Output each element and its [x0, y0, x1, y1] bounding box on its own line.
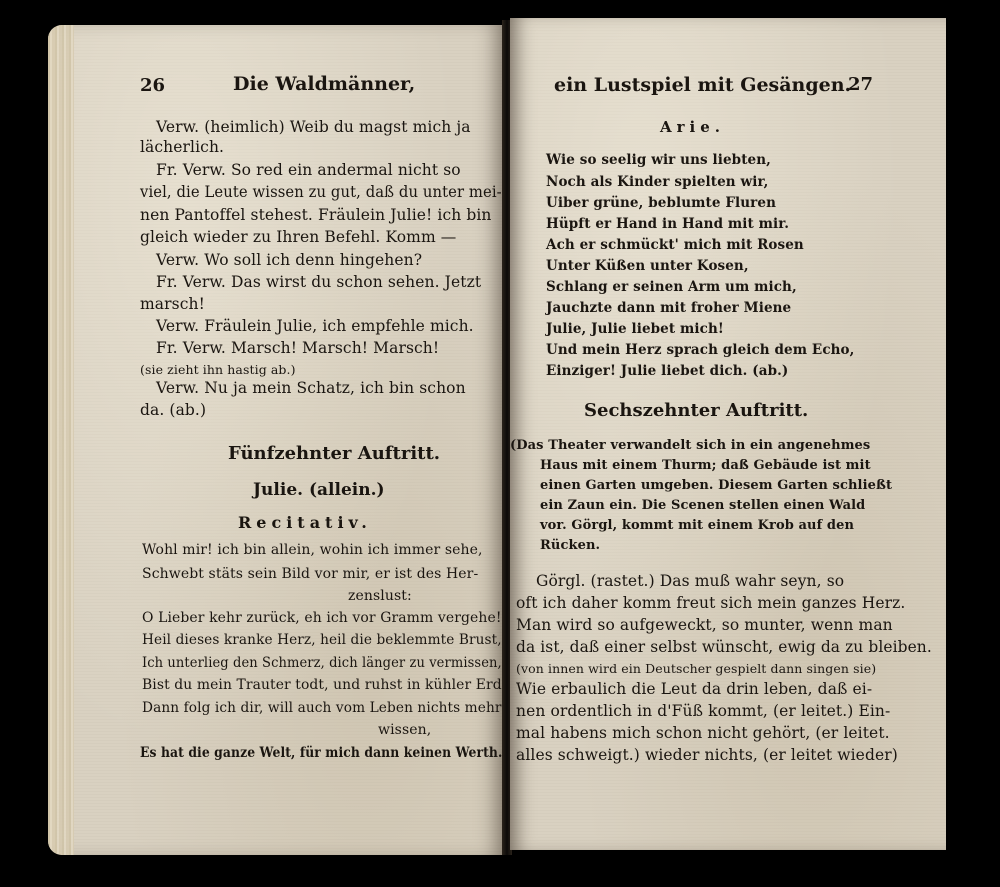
- text-line: Fr. Verw. So red ein andermal nicht so: [156, 160, 461, 180]
- verse-line: Wie so seelig wir uns liebten,: [546, 150, 771, 170]
- verse-line: Unter Küßen unter Kosen,: [546, 256, 749, 276]
- verse-line: Bist du mein Trauter todt, und ruhst in …: [142, 675, 502, 695]
- dialogue-line: mal habens mich schon nicht gehört, (er …: [516, 723, 890, 743]
- stage-direction-line: Haus mit einem Thurm; daß Gebäude ist mi…: [540, 456, 871, 476]
- stage-direction: (sie zieht ihn hastig ab.): [140, 360, 296, 380]
- verse-line: O Lieber kehr zurück, eh ich vor Gramm v…: [142, 608, 502, 628]
- verse-line: Ach er schmückt' mich mit Rosen: [546, 235, 804, 255]
- section-label: Arie.: [660, 118, 725, 136]
- verse-line: zenslust:: [348, 586, 412, 606]
- verse-line: Uiber grüne, beblumte Fluren: [546, 193, 776, 213]
- stage-direction-line: vor. Görgl, kommt mit einem Krob auf den: [540, 516, 854, 536]
- text-line: da. (ab.): [140, 400, 206, 420]
- text-line: nen Pantoffel stehest. Fräulein Julie! i…: [140, 205, 492, 225]
- verse-line: Julie, Julie liebet mich!: [546, 319, 724, 339]
- stage-direction-line: Rücken.: [540, 536, 600, 556]
- verse-line: Noch als Kinder spielten wir,: [546, 172, 768, 192]
- running-head: ein Lustspiel mit Gesängen.: [554, 74, 851, 96]
- text-line: marsch!: [140, 294, 205, 314]
- scene-heading: Fünfzehnter Auftritt.: [228, 443, 440, 464]
- text-line: Fr. Verw. Das wirst du schon sehen. Jetz…: [156, 272, 481, 292]
- text-line: gleich wieder zu Ihren Befehl. Komm —: [140, 227, 456, 247]
- stage-direction-line: einen Garten umgeben. Diesem Garten schl…: [540, 476, 892, 496]
- dialogue-line: Man wird so aufgeweckt, so munter, wenn …: [516, 615, 893, 635]
- dialogue-line: nen ordentlich in d'Füß kommt, (er leite…: [516, 701, 890, 721]
- verse-line: Schlang er seinen Arm um mich,: [546, 277, 797, 297]
- text-line: Verw. Fräulein Julie, ich empfehle mich.: [156, 316, 474, 336]
- page-number: 27: [848, 74, 873, 95]
- verse-line: Wohl mir! ich bin allein, wohin ich imme…: [142, 540, 483, 560]
- section-label: Recitativ.: [238, 513, 372, 532]
- text-line: Verw. Nu ja mein Schatz, ich bin schon: [156, 378, 466, 398]
- stage-direction-line: ein Zaun ein. Die Scenen stellen einen W…: [540, 496, 865, 516]
- running-head: Die Waldmänner,: [233, 73, 415, 95]
- verse-line: Dann folg ich dir, will auch vom Leben n…: [142, 698, 502, 718]
- text-line: viel, die Leute wissen zu gut, daß du un…: [140, 182, 502, 202]
- right-page: ein Lustspiel mit Gesängen. 27 Arie. Wie…: [510, 18, 946, 850]
- verse-line: Und mein Herz sprach gleich dem Echo,: [546, 340, 854, 360]
- verse-line: Einziger! Julie liebet dich. (ab.): [546, 361, 788, 381]
- left-page: 26 Die Waldmänner, Verw. (heimlich) Weib…: [48, 25, 506, 855]
- dialogue-line: alles schweigt.) wieder nichts, (er leit…: [516, 745, 898, 765]
- verse-line: Heil dieses kranke Herz, heil die beklem…: [142, 630, 502, 650]
- dialogue-line: oft ich daher komm freut sich mein ganze…: [516, 593, 905, 613]
- text-line: Verw. (heimlich) Weib du magst mich ja: [156, 117, 471, 137]
- verse-line: Hüpft er Hand in Hand mit mir.: [546, 214, 789, 234]
- dialogue-line: da ist, daß einer selbst wünscht, ewig d…: [516, 637, 932, 657]
- character-line: Julie. (allein.): [253, 480, 385, 500]
- verse-line: Es hat die ganze Welt, für mich dann kei…: [140, 743, 502, 763]
- page-number: 26: [140, 75, 165, 96]
- dialogue-line: Görgl. (rastet.) Das muß wahr seyn, so: [536, 571, 844, 591]
- stage-direction-line: (Das Theater verwandelt sich in ein ange…: [510, 436, 870, 456]
- dialogue-line: Wie erbaulich die Leut da drin leben, da…: [516, 679, 872, 699]
- verse-line: Ich unterlieg den Schmerz, dich länger z…: [142, 653, 502, 673]
- verse-line: wissen,: [378, 720, 431, 740]
- text-line: Verw. Wo soll ich denn hingehen?: [156, 250, 422, 270]
- stage-direction: (von innen wird ein Deutscher gespielt d…: [516, 659, 876, 679]
- verse-line: Schwebt stäts sein Bild vor mir, er ist …: [142, 564, 478, 584]
- verse-line: Jauchzte dann mit froher Miene: [546, 298, 791, 318]
- text-line: Fr. Verw. Marsch! Marsch! Marsch!: [156, 338, 439, 358]
- text-line: lächerlich.: [140, 137, 224, 157]
- scene-heading: Sechszehnter Auftritt.: [584, 400, 808, 421]
